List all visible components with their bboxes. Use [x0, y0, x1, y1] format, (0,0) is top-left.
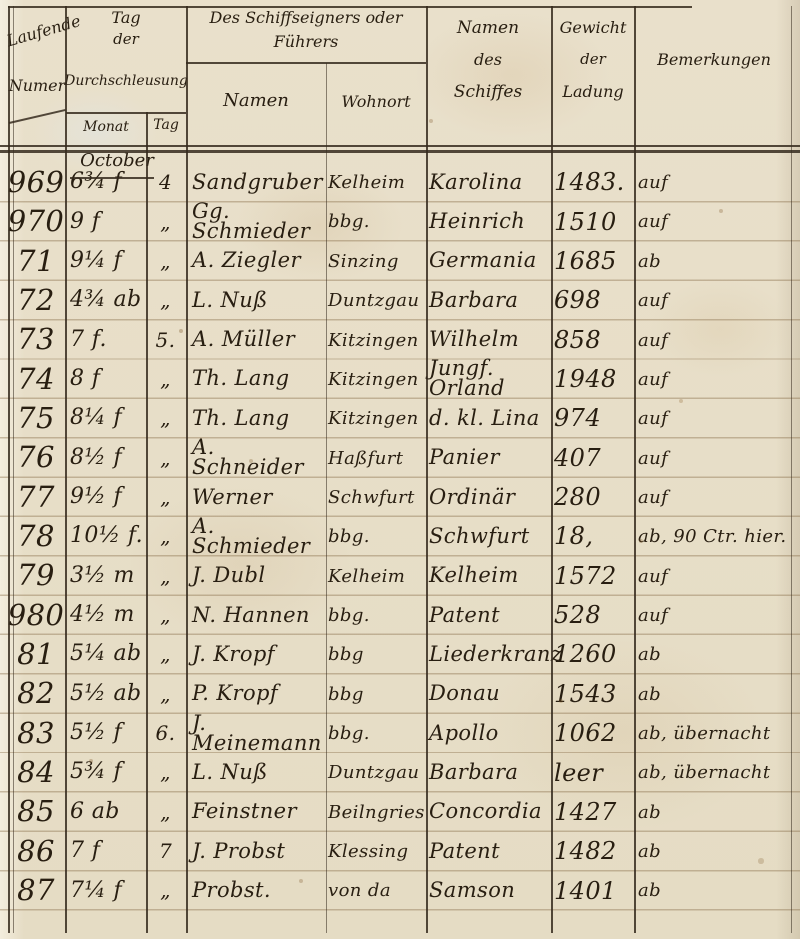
cell-schiffer-name: L. Nuß	[192, 753, 324, 792]
cell-wohnort: bbg.	[328, 714, 423, 753]
cell-laufende-nummer: 71	[8, 242, 64, 281]
header-namen: Namen	[188, 92, 324, 111]
cell-laufende-nummer: 76	[8, 438, 64, 477]
row-divider	[0, 145, 800, 147]
cell-uhrzeit: 4½ m	[70, 596, 144, 635]
cell-laufende-nummer: 980	[8, 596, 64, 635]
table-row: 719¼ f„A. ZieglerSinzingGermania1685ab	[0, 242, 800, 281]
table-row: 845¾ f„L. NußDuntzgauBarbaraleerab, über…	[0, 753, 800, 792]
cell-uhrzeit: 3½ m	[70, 557, 144, 596]
cell-tag: „	[147, 438, 184, 477]
cell-schiffsname: Karolina	[429, 163, 548, 202]
cell-bemerkung: auf	[638, 163, 788, 202]
cell-schiffsname: d. kl. Lina	[429, 399, 548, 438]
cell-tag: „	[147, 478, 184, 517]
cell-schiffsname: Donau	[429, 675, 548, 714]
cell-uhrzeit: 9¼ f	[70, 242, 144, 281]
cell-schiffer-name: A. Schneider	[192, 438, 324, 477]
column-divider	[326, 63, 327, 933]
cell-schiffsname: Schwfurt	[429, 517, 548, 556]
cell-gewicht: 1427	[554, 793, 631, 832]
cell-schiffer-name: Th. Lang	[192, 399, 324, 438]
table-row: 793½ m„J. DublKelheimKelheim1572auf	[0, 557, 800, 596]
cell-laufende-nummer: 86	[8, 832, 64, 871]
row-divider	[70, 177, 154, 179]
cell-gewicht: 407	[554, 438, 631, 477]
cell-laufende-nummer: 74	[8, 360, 64, 399]
cell-schiffsname: Jungf. Orland	[429, 360, 548, 399]
table-row: 7810½ f.„A. Schmiederbbg.Schwfurt18,ab, …	[0, 517, 800, 556]
cell-schiffer-name: J. Probst	[192, 832, 324, 871]
cell-bemerkung: auf	[638, 438, 788, 477]
header-monat: Monat	[66, 120, 146, 135]
cell-wohnort: bbg.	[328, 596, 423, 635]
header-bemerkungen: Bemerkungen	[636, 52, 792, 69]
cell-bemerkung: ab, übernacht	[638, 714, 788, 753]
cell-gewicht: 1401	[554, 871, 631, 910]
table-row: 758¼ f„Th. LangKitzingend. kl. Lina974au…	[0, 399, 800, 438]
cell-uhrzeit: 5½ ab	[70, 675, 144, 714]
cell-schiffsname: Apollo	[429, 714, 548, 753]
cell-bemerkung: auf	[638, 478, 788, 517]
cell-uhrzeit: 4¾ ab	[70, 281, 144, 320]
cell-schiffer-name: A. Müller	[192, 320, 324, 359]
cell-schiffer-name: J. Meinemann	[192, 714, 324, 753]
cell-wohnort: Schwfurt	[328, 478, 423, 517]
cell-schiffer-name: J. Dubl	[192, 557, 324, 596]
cell-gewicht: 1572	[554, 557, 631, 596]
cell-uhrzeit: 7 f	[70, 832, 144, 871]
header-durchschleusung: Durchschleusung	[64, 74, 188, 89]
header-schiff-l1: Namen	[427, 20, 549, 38]
cell-laufende-nummer: 75	[8, 399, 64, 438]
cell-schiffsname: Kelheim	[429, 557, 548, 596]
cell-laufende-nummer: 970	[8, 202, 64, 241]
cell-wohnort: bbg.	[328, 517, 423, 556]
cell-laufende-nummer: 79	[8, 557, 64, 596]
table-row: 867 f7J. ProbstKlessingPatent1482ab	[0, 832, 800, 871]
table-row: 9696¾ f4SandgruberKelheimKarolina1483.au…	[0, 163, 800, 202]
cell-wohnort: Kitzingen	[328, 320, 423, 359]
cell-gewicht: 698	[554, 281, 631, 320]
cell-gewicht: 1685	[554, 242, 631, 281]
cell-tag: „	[147, 202, 184, 241]
header-wohnort: Wohnort	[328, 94, 424, 111]
cell-tag: „	[147, 635, 184, 674]
cell-bemerkung: ab, übernacht	[638, 753, 788, 792]
cell-gewicht: 528	[554, 596, 631, 635]
cell-schiffsname: Samson	[429, 871, 548, 910]
row-divider	[0, 150, 800, 153]
cell-bemerkung: ab	[638, 793, 788, 832]
cell-tag: 7	[147, 832, 184, 871]
cell-gewicht: 1483.	[554, 163, 631, 202]
cell-gewicht: 1260	[554, 635, 631, 674]
cell-schiffsname: Panier	[429, 438, 548, 477]
cell-tag: „	[147, 753, 184, 792]
ledger-page: Laufende Numer Tag der Durchschleusung M…	[0, 0, 800, 939]
cell-laufende-nummer: 85	[8, 793, 64, 832]
cell-tag: „	[147, 281, 184, 320]
diagonal-divider	[9, 109, 66, 124]
header-schiffseigner-group: Des Schiffseigners oder	[186, 10, 426, 27]
table-row: 779½ f„WernerSchwfurtOrdinär280auf	[0, 478, 800, 517]
cell-uhrzeit: 5¾ f	[70, 753, 144, 792]
header-fuehrers: Führers	[186, 34, 426, 51]
cell-bemerkung: auf	[638, 399, 788, 438]
cell-tag: „	[147, 871, 184, 910]
cell-schiffer-name: Sandgruber	[192, 163, 324, 202]
table-row: 815¼ ab„J. KropfbbgLiederkranz1260ab	[0, 635, 800, 674]
cell-tag: 4	[147, 163, 184, 202]
cell-tag: 5.	[147, 320, 184, 359]
cell-tag: „	[147, 675, 184, 714]
cell-gewicht: leer	[554, 753, 631, 792]
cell-schiffer-name: P. Kropf	[192, 675, 324, 714]
cell-laufende-nummer: 81	[8, 635, 64, 674]
cell-bemerkung: ab	[638, 635, 788, 674]
header-tag: Tag	[146, 118, 186, 133]
cell-wohnort: Beilngries	[328, 793, 423, 832]
cell-bemerkung: ab	[638, 242, 788, 281]
cell-gewicht: 858	[554, 320, 631, 359]
cell-laufende-nummer: 969	[8, 163, 64, 202]
cell-laufende-nummer: 84	[8, 753, 64, 792]
cell-bemerkung: auf	[638, 596, 788, 635]
cell-schiffer-name: Feinstner	[192, 793, 324, 832]
cell-wohnort: Haßfurt	[328, 438, 423, 477]
cell-gewicht: 1543	[554, 675, 631, 714]
cell-gewicht: 280	[554, 478, 631, 517]
table-row: 9709 f„Gg. Schmiederbbg.Heinrich1510auf	[0, 202, 800, 241]
cell-wohnort: von da	[328, 871, 423, 910]
cell-uhrzeit: 7¼ f	[70, 871, 144, 910]
cell-wohnort: Kelheim	[328, 557, 423, 596]
header-schiff-l3: Schiffes	[427, 84, 549, 102]
cell-uhrzeit: 9½ f	[70, 478, 144, 517]
table-row: 825½ ab„P. KropfbbgDonau1543ab	[0, 675, 800, 714]
cell-schiffsname: Patent	[429, 596, 548, 635]
cell-uhrzeit: 8½ f	[70, 438, 144, 477]
cell-bemerkung: ab	[638, 832, 788, 871]
cell-schiffsname: Concordia	[429, 793, 548, 832]
header-nummer: Numer	[6, 78, 68, 95]
row-divider	[8, 6, 692, 8]
cell-schiffer-name: J. Kropf	[192, 635, 324, 674]
cell-schiffsname: Heinrich	[429, 202, 548, 241]
cell-schiffer-name: Gg. Schmieder	[192, 202, 324, 241]
table-row: 9804½ m„N. Hannenbbg.Patent528auf	[0, 596, 800, 635]
cell-schiffer-name: Werner	[192, 478, 324, 517]
table-row: 737 f.5.A. MüllerKitzingenWilhelm858auf	[0, 320, 800, 359]
cell-schiffer-name: Probst.	[192, 871, 324, 910]
header-gewicht-l3: Ladung	[552, 84, 634, 101]
cell-uhrzeit: 6¾ f	[70, 163, 144, 202]
cell-wohnort: Kelheim	[328, 163, 423, 202]
cell-wohnort: bbg.	[328, 202, 423, 241]
cell-gewicht: 1948	[554, 360, 631, 399]
table-row: 877¼ f„Probst.von daSamson1401ab	[0, 871, 800, 910]
cell-schiffer-name: L. Nuß	[192, 281, 324, 320]
cell-tag: „	[147, 517, 184, 556]
cell-tag: „	[147, 360, 184, 399]
table-row: 856 ab„FeinstnerBeilngriesConcordia1427a…	[0, 793, 800, 832]
cell-uhrzeit: 9 f	[70, 202, 144, 241]
cell-tag: „	[147, 596, 184, 635]
cell-bemerkung: auf	[638, 557, 788, 596]
cell-wohnort: Sinzing	[328, 242, 423, 281]
cell-schiffsname: Patent	[429, 832, 548, 871]
cell-schiffsname: Ordinär	[429, 478, 548, 517]
cell-schiffsname: Barbara	[429, 753, 548, 792]
cell-wohnort: bbg	[328, 635, 423, 674]
cell-wohnort: Duntzgau	[328, 753, 423, 792]
cell-uhrzeit: 5½ f	[70, 714, 144, 753]
cell-uhrzeit: 8 f	[70, 360, 144, 399]
cell-uhrzeit: 7 f.	[70, 320, 144, 359]
table-row: 835½ f6.J. Meinemannbbg.Apollo1062ab, üb…	[0, 714, 800, 753]
row-divider	[186, 62, 426, 64]
paper-speckles	[0, 0, 2, 2]
header-der: der	[66, 32, 186, 48]
cell-gewicht: 974	[554, 399, 631, 438]
cell-laufende-nummer: 82	[8, 675, 64, 714]
cell-gewicht: 18,	[554, 517, 631, 556]
header-gewicht-l1: Gewicht	[552, 20, 634, 37]
cell-schiffer-name: Th. Lang	[192, 360, 324, 399]
cell-tag: 6.	[147, 714, 184, 753]
cell-wohnort: bbg	[328, 675, 423, 714]
cell-laufende-nummer: 73	[8, 320, 64, 359]
cell-schiffsname: Wilhelm	[429, 320, 548, 359]
cell-wohnort: Kitzingen	[328, 360, 423, 399]
cell-uhrzeit: 5¼ ab	[70, 635, 144, 674]
cell-schiffsname: Liederkranz	[429, 635, 548, 674]
cell-schiffer-name: A. Ziegler	[192, 242, 324, 281]
cell-bemerkung: auf	[638, 281, 788, 320]
cell-schiffer-name: A. Schmieder	[192, 517, 324, 556]
table-row: 768½ f„A. SchneiderHaßfurtPanier407auf	[0, 438, 800, 477]
header-gewicht-l2: der	[552, 52, 634, 68]
cell-laufende-nummer: 77	[8, 478, 64, 517]
cell-bemerkung: ab, 90 Ctr. hier.	[638, 517, 788, 556]
cell-wohnort: Kitzingen	[328, 399, 423, 438]
row-divider	[66, 112, 186, 114]
cell-laufende-nummer: 78	[8, 517, 64, 556]
cell-schiffsname: Germania	[429, 242, 548, 281]
cell-bemerkung: ab	[638, 871, 788, 910]
cell-schiffer-name: N. Hannen	[192, 596, 324, 635]
header-tag-group: Tag	[66, 10, 186, 27]
cell-bemerkung: auf	[638, 360, 788, 399]
cell-uhrzeit: 10½ f.	[70, 517, 144, 556]
cell-tag: „	[147, 242, 184, 281]
cell-wohnort: Duntzgau	[328, 281, 423, 320]
cell-tag: „	[147, 557, 184, 596]
cell-uhrzeit: 8¼ f	[70, 399, 144, 438]
column-divider	[146, 112, 148, 933]
cell-bemerkung: auf	[638, 320, 788, 359]
cell-tag: „	[147, 793, 184, 832]
header-schiff-l2: des	[427, 52, 549, 69]
table-row: 748 f„Th. LangKitzingenJungf. Orland1948…	[0, 360, 800, 399]
cell-gewicht: 1510	[554, 202, 631, 241]
cell-uhrzeit: 6 ab	[70, 793, 144, 832]
cell-laufende-nummer: 87	[8, 871, 64, 910]
cell-bemerkung: ab	[638, 675, 788, 714]
cell-laufende-nummer: 72	[8, 281, 64, 320]
cell-wohnort: Klessing	[328, 832, 423, 871]
table-row: 724¾ ab„L. NußDuntzgauBarbara698auf	[0, 281, 800, 320]
cell-gewicht: 1062	[554, 714, 631, 753]
cell-schiffsname: Barbara	[429, 281, 548, 320]
cell-laufende-nummer: 83	[8, 714, 64, 753]
cell-gewicht: 1482	[554, 832, 631, 871]
cell-bemerkung: auf	[638, 202, 788, 241]
cell-tag: „	[147, 399, 184, 438]
